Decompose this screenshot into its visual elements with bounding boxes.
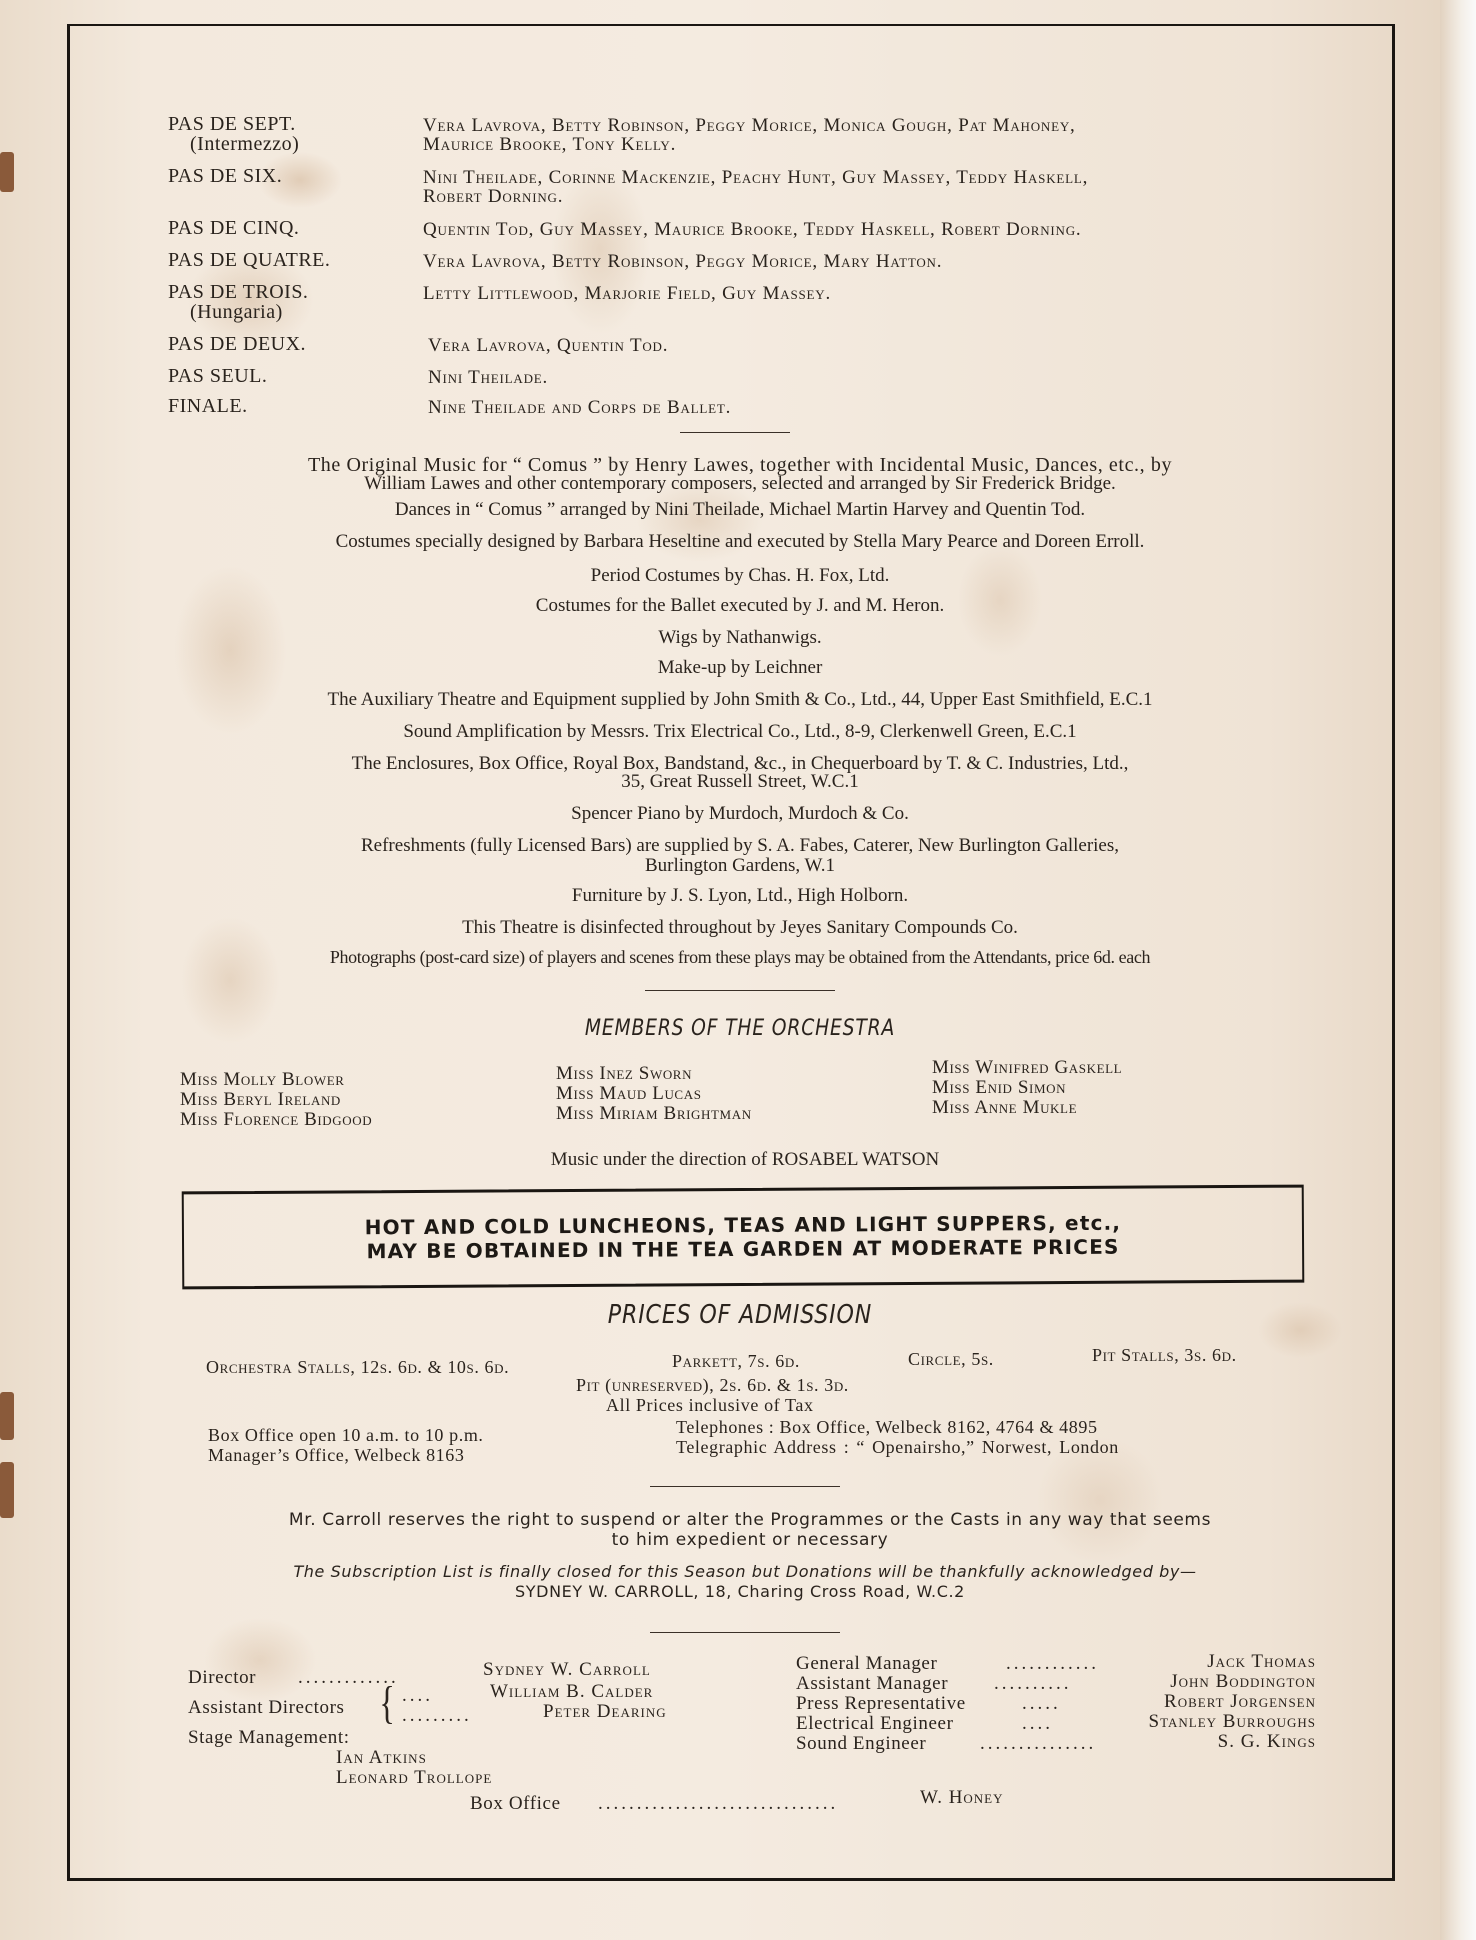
orchestra-member: Miss Beryl Ireland: [180, 1090, 372, 1110]
dance-label: PAS DE SEPT.: [168, 113, 296, 135]
credit-line: Dances in “ Comus ” arranged by Nini The…: [160, 500, 1320, 519]
orchestra-heading: MEMBERS OF THE ORCHESTRA: [247, 1016, 1233, 1041]
orchestra-member: Miss Miriam Brightman: [556, 1104, 752, 1124]
staff-name: Leonard Trollope: [336, 1768, 492, 1788]
credit-line: Furniture by J. S. Lyon, Ltd., High Holb…: [160, 886, 1320, 905]
credit-line: Wigs by Nathanwigs.: [160, 628, 1320, 647]
subscription-address: SYDNEY W. CARROLL, 18, Charing Cross Roa…: [160, 1582, 1320, 1602]
staff-role: Stage Management:: [188, 1728, 350, 1748]
dance-label: PAS DE TROIS.: [168, 281, 308, 303]
section-divider: [650, 1486, 840, 1487]
dance-label: PAS SEUL.: [168, 365, 267, 387]
dance-cast: Vera Lavrova, Quentin Tod.: [428, 335, 668, 356]
credit-line: Refreshments (fully Licensed Bars) are s…: [160, 836, 1320, 855]
price-tax-note: All Prices inclusive of Tax: [606, 1396, 814, 1414]
dance-cast: Nini Theilade.: [428, 367, 548, 388]
telegraphic-address: Telegraphic Address : “ Openairsho,” Nor…: [676, 1438, 1119, 1456]
credit-line: William Lawes and other contemporary com…: [160, 474, 1320, 493]
credit-line: The Auxiliary Theatre and Equipment supp…: [160, 690, 1320, 709]
credit-line: Spencer Piano by Murdoch, Murdoch & Co.: [160, 804, 1320, 823]
subscription-notice: The Subscription List is finally closed …: [165, 1562, 1325, 1582]
leader-dots: .....: [1022, 1694, 1061, 1714]
credit-line: Sound Amplification by Messrs. Trix Elec…: [160, 722, 1320, 741]
staff-role: Director: [188, 1668, 256, 1688]
dance-cast: Vera Lavrova, Betty Robinson, Peggy Mori…: [423, 251, 942, 272]
staff-name: John Boddington: [1170, 1672, 1316, 1692]
orchestra-member: Miss Inez Sworn: [556, 1064, 752, 1084]
dance-label: PAS DE SIX.: [168, 165, 282, 187]
leader-dots: ....: [402, 1686, 433, 1706]
reserve-notice-cont: to him expedient or necessary: [170, 1530, 1330, 1550]
orchestra-column: Miss Winifred Gaskell Miss Enid Simon Mi…: [932, 1058, 1122, 1118]
leader-dots: ....: [1022, 1714, 1053, 1734]
orchestra-member: Miss Enid Simon: [932, 1078, 1122, 1098]
credit-line: Make-up by Leichner: [160, 658, 1320, 677]
reserve-notice: Mr. Carroll reserves the right to suspen…: [170, 1510, 1330, 1530]
staff-role: Assistant Manager: [796, 1674, 948, 1694]
leader-dots: ..........: [994, 1674, 1072, 1694]
dance-sublabel: (Intermezzo): [168, 134, 418, 154]
price-parkett: Parkett, 7s. 6d.: [672, 1352, 800, 1370]
dance-cast-cont: Robert Dorning.: [423, 186, 563, 207]
orchestra-member: Miss Winifred Gaskell: [932, 1058, 1122, 1078]
staff-right: General Manager ............ Jack Thomas…: [796, 1652, 1316, 1772]
staff-role: Press Representative: [796, 1694, 966, 1714]
price-pit-stalls: Pit Stalls, 3s. 6d.: [1092, 1346, 1237, 1364]
dance-label: PAS DE CINQ.: [168, 217, 299, 239]
orchestra-member: Miss Anne Mukle: [932, 1098, 1122, 1118]
dance-cast: Quentin Tod, Guy Massey, Maurice Brooke,…: [423, 219, 1081, 240]
orchestra-member: Miss Florence Bidgood: [180, 1110, 372, 1130]
price-orchestra-stalls: Orchestra Stalls, 12s. 6d. & 10s. 6d.: [206, 1358, 509, 1376]
staple-mark: [0, 1462, 14, 1518]
credit-line: 35, Great Russell Street, W.C.1: [160, 772, 1320, 791]
managers-office: Manager’s Office, Welbeck 8163: [208, 1446, 464, 1464]
dance-label: PAS DE QUATRE.: [168, 249, 330, 271]
staff-name: Robert Jorgensen: [1164, 1692, 1316, 1712]
box-office-staff: Box Office .............................…: [470, 1794, 1070, 1818]
telephones: Telephones : Box Office, Welbeck 8162, 4…: [676, 1418, 1098, 1436]
music-director-line: Music under the direction of ROSABEL WAT…: [165, 1150, 1325, 1169]
section-divider: [680, 432, 790, 433]
dance-cast: Nine Theilade and Corps de Ballet.: [428, 397, 731, 418]
leader-dots: ............: [1006, 1654, 1099, 1674]
staff-role: Sound Engineer: [796, 1734, 926, 1754]
staple-mark: [0, 152, 14, 192]
staff-name: Ian Atkins: [336, 1748, 427, 1768]
leader-dots: ...............................: [598, 1794, 838, 1814]
credit-line: Period Costumes by Chas. H. Fox, Ltd.: [160, 566, 1320, 585]
credit-line: This Theatre is disinfected throughout b…: [160, 918, 1320, 937]
page-edge: [1440, 0, 1476, 1940]
staff-name: William B. Calder: [490, 1682, 653, 1702]
staple-mark: [0, 1392, 14, 1440]
dance-label: PAS DE DEUX.: [168, 333, 306, 355]
section-divider: [645, 990, 835, 991]
dance-label: FINALE.: [168, 395, 248, 417]
dance-cast: Nini Theilade, Corinne Mackenzie, Peachy…: [423, 167, 1088, 188]
brace-icon: {: [379, 1680, 395, 1726]
credit-line: Burlington Gardens, W.1: [160, 856, 1320, 875]
credit-line: Photographs (post-card size) of players …: [160, 948, 1320, 967]
staff-name: Stanley Burroughs: [1149, 1712, 1316, 1732]
staff-role: Electrical Engineer: [796, 1714, 954, 1734]
staff-role: Assistant Directors: [188, 1698, 345, 1718]
dance-cast-cont: Maurice Brooke, Tony Kelly.: [423, 134, 676, 155]
dance-cast: Vera Lavrova, Betty Robinson, Peggy Mori…: [423, 115, 1076, 136]
orchestra-column: Miss Inez Sworn Miss Maud Lucas Miss Mir…: [556, 1064, 752, 1124]
section-divider: [650, 1632, 840, 1633]
price-pit: Pit (unreserved), 2s. 6d. & 1s. 3d.: [576, 1376, 849, 1394]
orchestra-column: Miss Molly Blower Miss Beryl Ireland Mis…: [180, 1070, 372, 1130]
staff-role: Box Office: [470, 1794, 561, 1814]
tea-garden-notice: HOT AND COLD LUNCHEONS, TEAS AND LIGHT S…: [182, 1185, 1305, 1290]
orchestra-member: Miss Maud Lucas: [556, 1084, 752, 1104]
staff-name: Peter Dearing: [543, 1702, 667, 1722]
leader-dots: ...............: [980, 1734, 1096, 1754]
admission-heading: PRICES OF ADMISSION: [247, 1300, 1233, 1330]
staff-name: W. Honey: [920, 1788, 1004, 1808]
credit-line: Costumes specially designed by Barbara H…: [160, 532, 1320, 551]
box-office-hours: Box Office open 10 a.m. to 10 p.m.: [208, 1426, 484, 1444]
staff-name: Sydney W. Carroll: [483, 1660, 651, 1680]
dance-cast: Letty Littlewood, Marjorie Field, Guy Ma…: [423, 283, 831, 304]
staff-role: General Manager: [796, 1654, 937, 1674]
dance-sublabel: (Hungaria): [168, 302, 418, 322]
leader-dots: .........: [402, 1706, 472, 1726]
orchestra-member: Miss Molly Blower: [180, 1070, 372, 1090]
credit-line: Costumes for the Ballet executed by J. a…: [160, 596, 1320, 615]
staff-name: Jack Thomas: [1207, 1652, 1316, 1672]
staff-name: S. G. Kings: [1218, 1732, 1316, 1752]
price-circle: Circle, 5s.: [908, 1350, 994, 1368]
